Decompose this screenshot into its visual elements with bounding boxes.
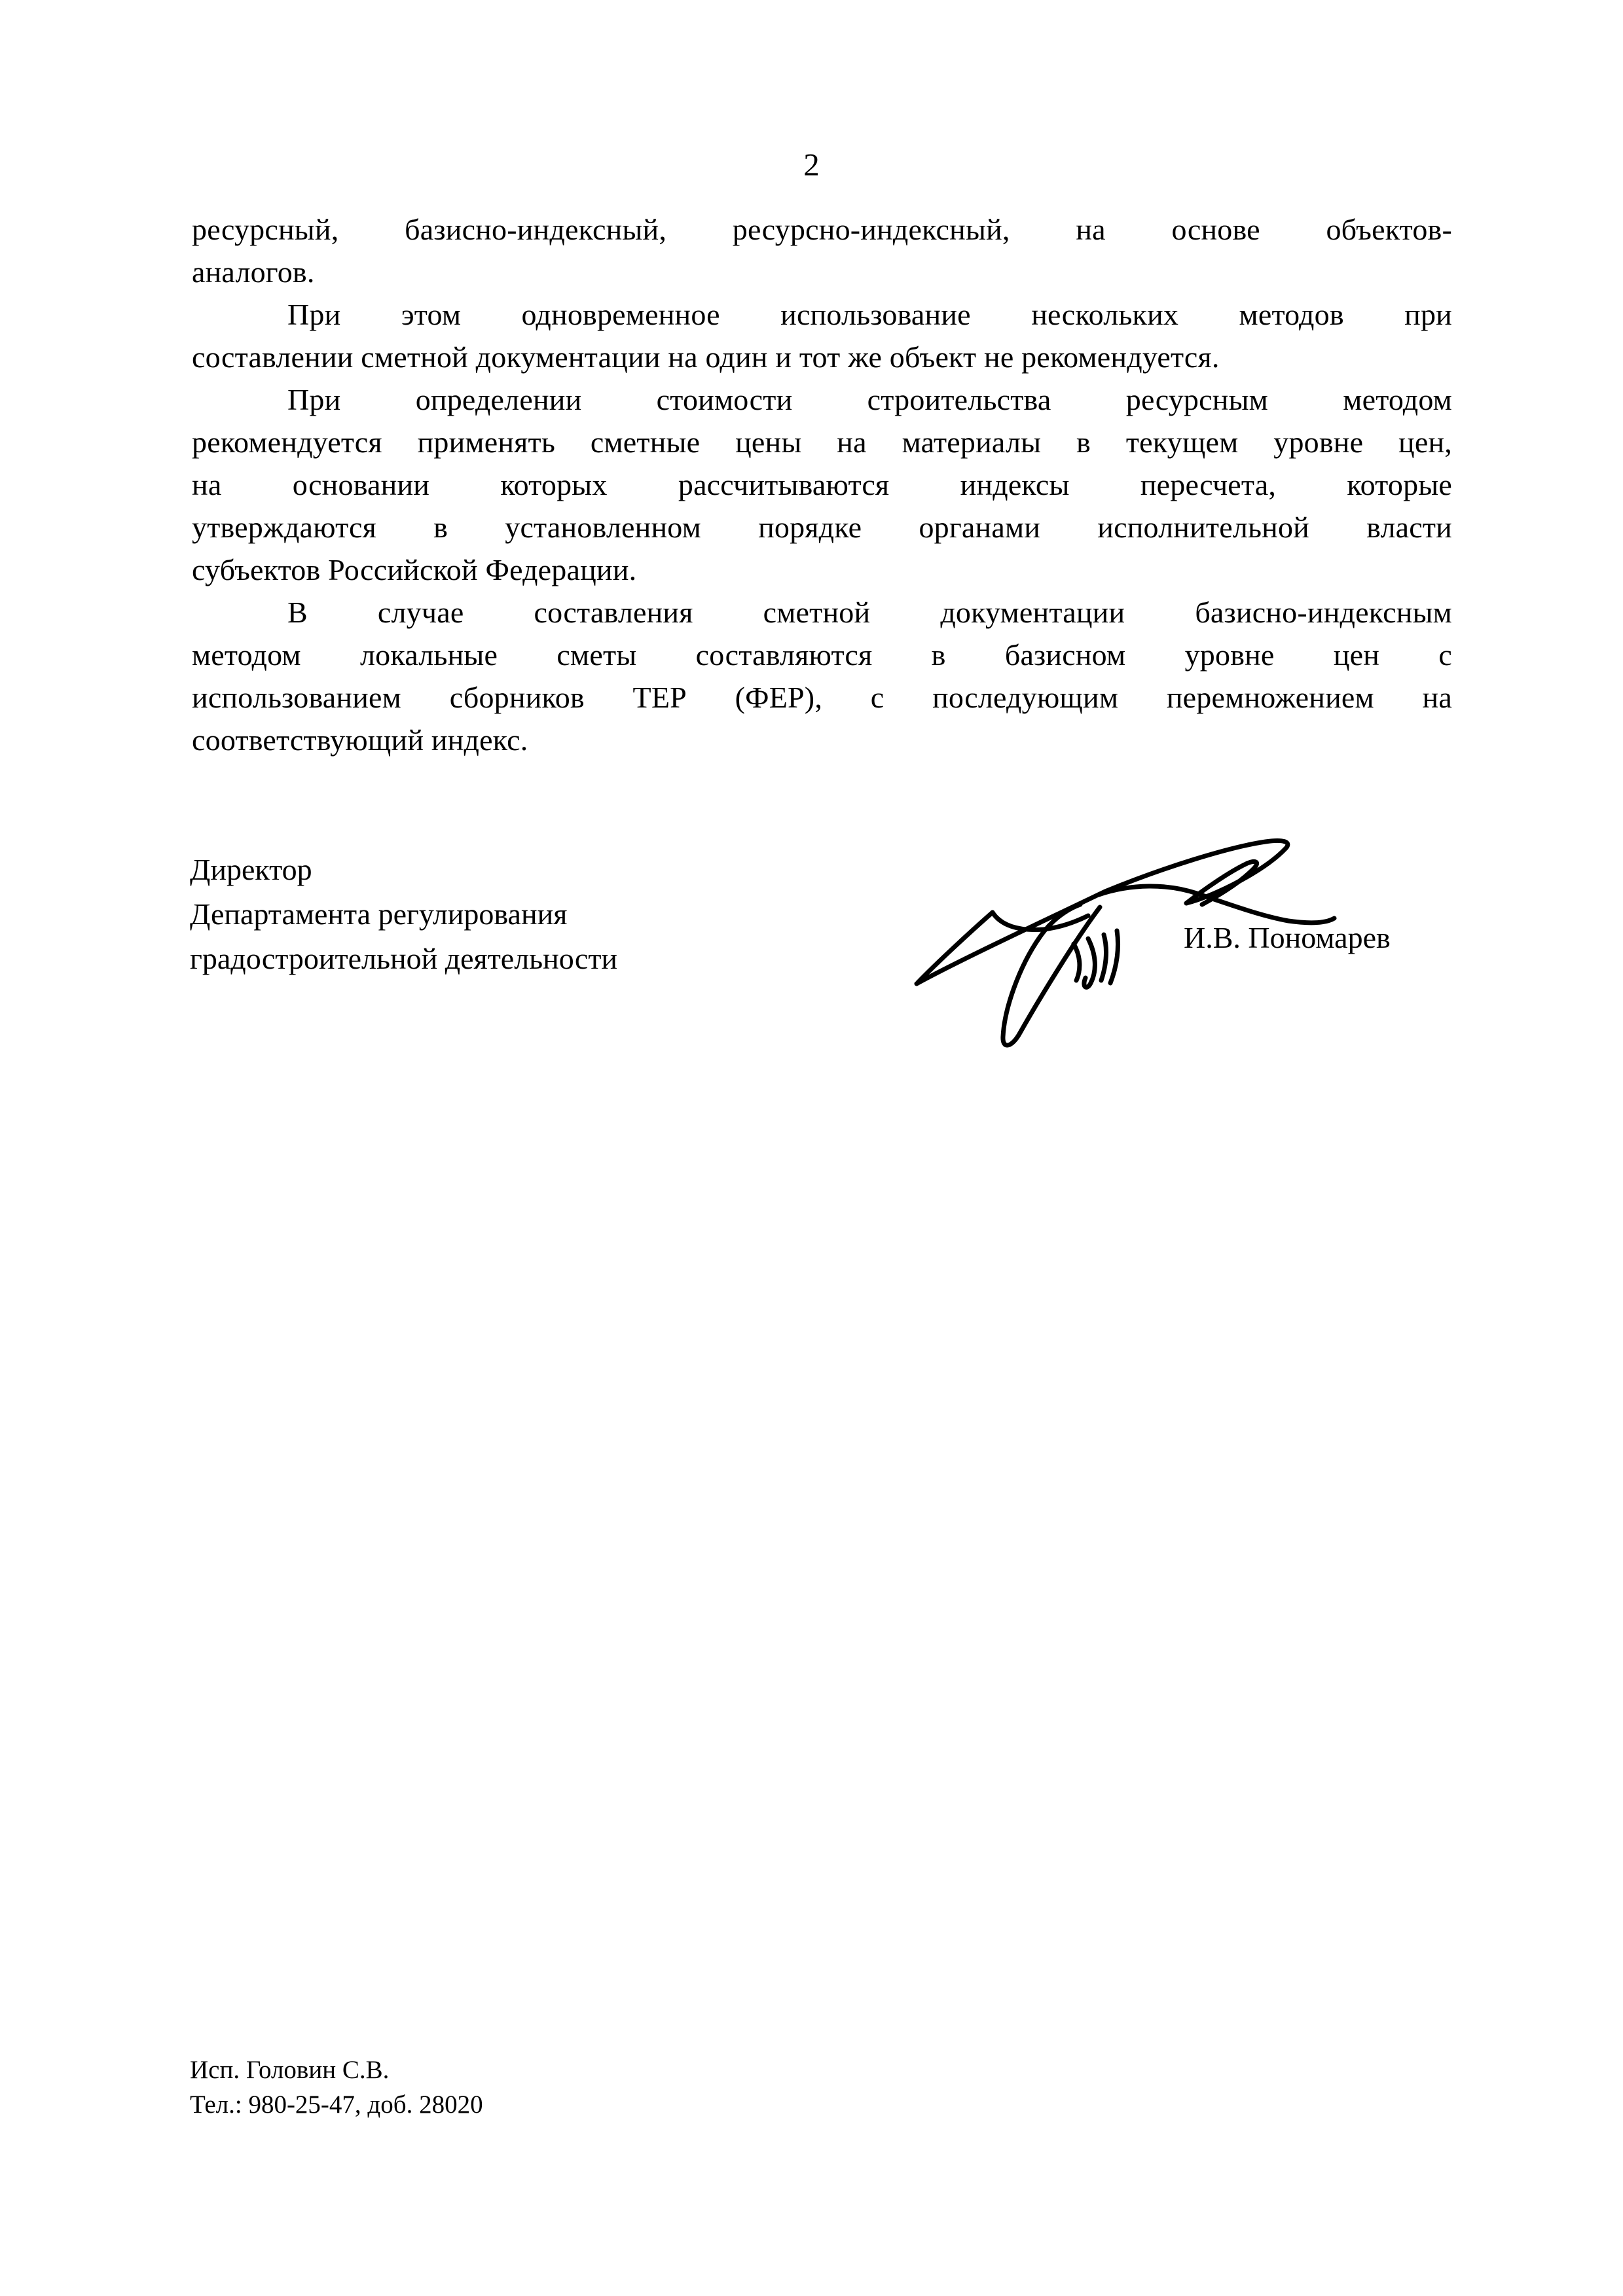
paragraph: При определении стоимости строительства … [192,378,1452,591]
body-line: соответствующий индекс. [192,719,1452,761]
footer: Исп. Головин С.В. Тел.: 980-25-47, доб. … [190,2053,483,2122]
body-line: При определении стоимости строительства … [192,378,1452,421]
footer-executor: Исп. Головин С.В. [190,2053,483,2087]
signature-stroke [1074,931,1118,987]
body-line: составлении сметной документации на один… [192,336,1452,378]
document-page: 2 ресурсный, базисно-индексный, ресурсно… [0,0,1623,2296]
body-line: аналогов. [192,251,1452,293]
body-line: использованием сборников ТЕР (ФЕР), с по… [192,676,1452,719]
paragraph: В случае составления сметной документаци… [192,591,1452,761]
signature-stroke [918,912,993,982]
signature-title-block: Директор Департамента регулирования град… [190,848,720,981]
paragraph: При этом одновременное использование нес… [192,293,1452,378]
signature-title-line: Департамента регулирования [190,892,720,937]
signature-stroke [917,840,1288,984]
footer-phone: Тел.: 980-25-47, доб. 28020 [190,2087,483,2122]
body-line: рекомендуется применять сметные цены на … [192,421,1452,463]
body-line: на основании которых рассчитываются инде… [192,463,1452,506]
body-line: утверждаются в установленном порядке орг… [192,506,1452,548]
body-line: При этом одновременное использование нес… [192,293,1452,336]
body-line: В случае составления сметной документаци… [192,591,1452,634]
body-text: ресурсный, базисно-индексный, ресурсно-и… [192,208,1452,761]
signature-name: И.В. Пономарев [1184,918,1391,958]
signature-title-line: градостроительной деятельности [190,937,720,981]
page-number: 2 [0,147,1623,183]
body-line: ресурсный, базисно-индексный, ресурсно-и… [192,208,1452,251]
body-line: методом локальные сметы составляются в б… [192,634,1452,676]
body-line: субъектов Российской Федерации. [192,548,1452,591]
signature-stroke [1003,905,1100,1045]
paragraph: ресурсный, базисно-индексный, ресурсно-и… [192,208,1452,293]
signature-title-line: Директор [190,848,720,892]
